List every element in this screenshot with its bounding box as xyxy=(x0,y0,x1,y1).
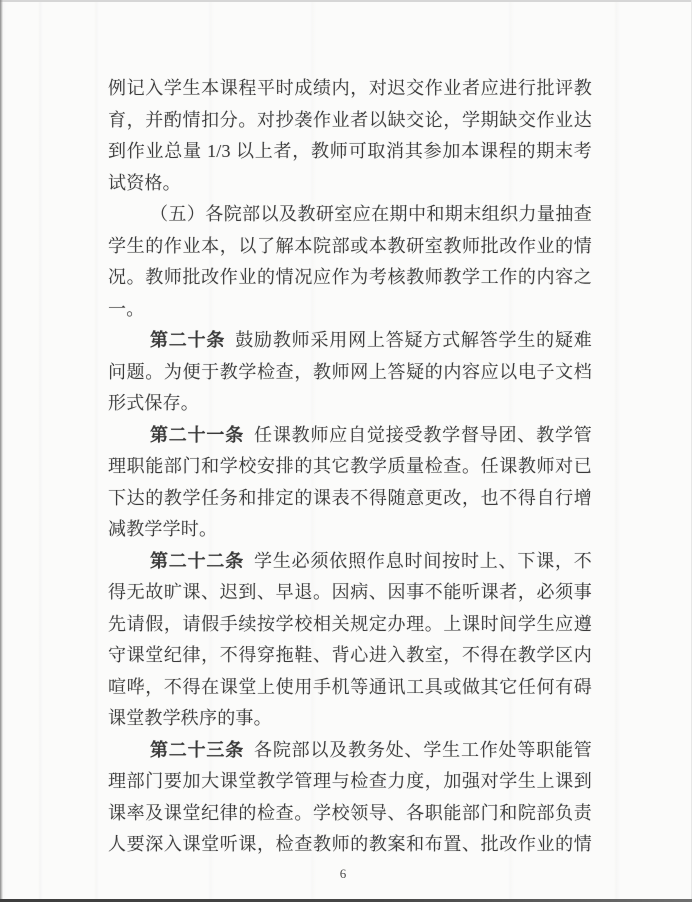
scan-edge-left xyxy=(0,0,3,902)
document-page: 例记入学生本课程平时成绩内，对迟交作业者应进行批评教 育，并酌情扣分。对抄袭作业… xyxy=(0,0,692,902)
text-line: 到作业总量 1/3 以上者，教师可取消其参加本课程的期末考 xyxy=(108,136,592,168)
text-line: 第二十三条各院部以及教务处、学生工作处等职能管 xyxy=(108,735,592,767)
text-line: 学生的作业本，以了解本院部或本教研室教师批改作业的情 xyxy=(108,231,592,263)
text-line: 况。教师批改作业的情况应作为考核教师教学工作的内容之 xyxy=(108,262,592,294)
text-line-body: 各院部以及教务处、学生工作处等职能管 xyxy=(254,740,592,760)
article-number: 第二十条 xyxy=(150,330,225,350)
text-line-body: 鼓励教师采用网上答疑方式解答学生的疑难 xyxy=(235,330,592,350)
text-line: 守课堂纪律，不得穿拖鞋、背心进入教室，不得在教学区内 xyxy=(108,640,592,672)
text-line: 喧哗，不得在课堂上使用手机等通讯工具或做其它任何有碍 xyxy=(108,672,592,704)
article-number: 第二十三条 xyxy=(150,740,244,760)
text-line-body: 学生必须依照作息时间按时上、下课，不 xyxy=(254,551,592,571)
text-line: 一。 xyxy=(108,294,592,326)
text-line: 第二十条鼓励教师采用网上答疑方式解答学生的疑难 xyxy=(108,325,592,357)
text-line: 人要深入课堂听课，检查教师的教案和布置、批改作业的情 xyxy=(108,829,592,861)
text-line: 例记入学生本课程平时成绩内，对迟交作业者应进行批评教 xyxy=(108,73,592,105)
text-line: 课堂教学秩序的事。 xyxy=(108,703,592,735)
text-line-body: 任课教师应自觉接受教学督导团、教学管 xyxy=(254,425,592,445)
text-line: 形式保存。 xyxy=(108,388,592,420)
text-line: 第二十一条任课教师应自觉接受教学督导团、教学管 xyxy=(108,420,592,452)
text-line: 课率及课堂纪律的检查。学校领导、各职能部门和院部负责 xyxy=(108,798,592,830)
text-line: 试资格。 xyxy=(108,168,592,200)
article-number: 第二十二条 xyxy=(150,551,244,571)
text-line: 问题。为便于教学检查，教师网上答疑的内容应以电子文档 xyxy=(108,357,592,389)
text-line: 先请假，请假手续按学校相关规定办理。上课时间学生应遵 xyxy=(108,609,592,641)
text-line: 理职能部门和学校安排的其它教学质量检查。任课教师对已 xyxy=(108,451,592,483)
text-line: 得无故旷课、迟到、早退。因病、因事不能听课者，必须事 xyxy=(108,577,592,609)
article-number: 第二十一条 xyxy=(150,425,244,445)
text-line: 减教学学时。 xyxy=(108,514,592,546)
text-line: 理部门要加大课堂教学管理与检查力度，加强对学生上课到 xyxy=(108,766,592,798)
text-line: 第二十二条学生必须依照作息时间按时上、下课，不 xyxy=(108,546,592,578)
text-line: 育，并酌情扣分。对抄袭作业者以缺交论，学期缺交作业达 xyxy=(108,105,592,137)
scan-edge-top xyxy=(0,0,692,2)
text-line: （五）各院部以及教研室应在期中和期末组织力量抽查 xyxy=(108,199,592,231)
text-line: 下达的教学任务和排定的课表不得随意更改，也不得自行增 xyxy=(108,483,592,515)
page-number: 6 xyxy=(0,866,686,882)
document-text-block: 例记入学生本课程平时成绩内，对迟交作业者应进行批评教 育，并酌情扣分。对抄袭作业… xyxy=(108,73,592,861)
